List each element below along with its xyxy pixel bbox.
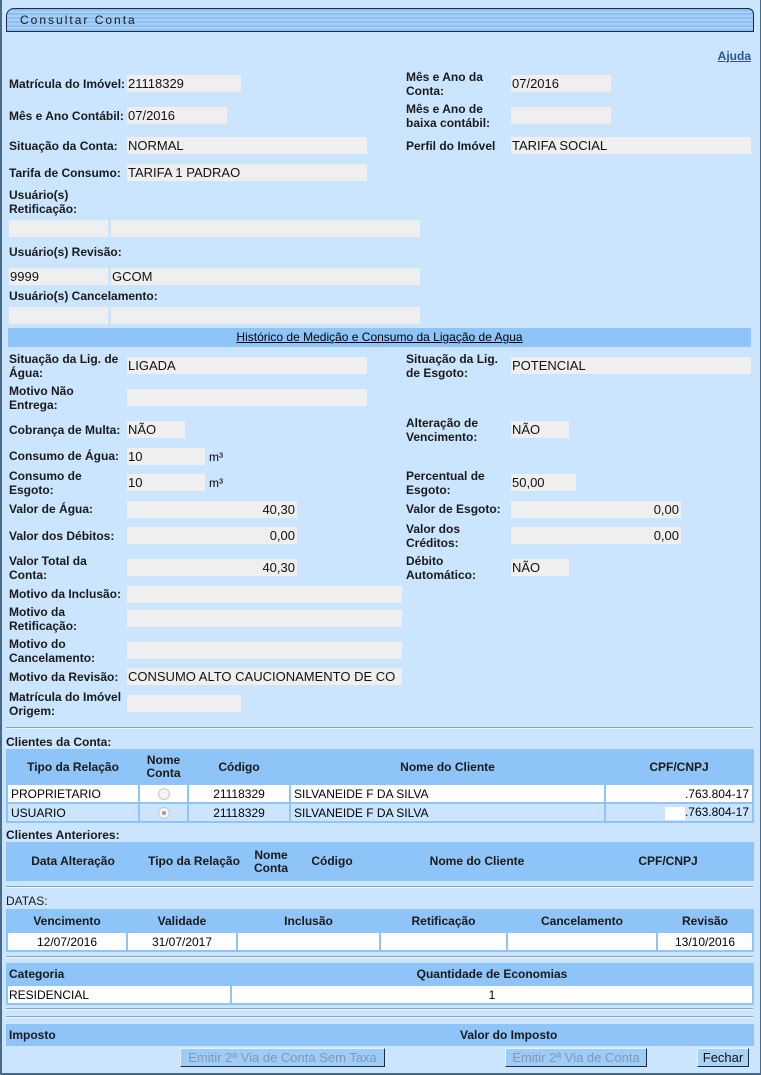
usuarios-cancelamento-label: Usuário(s) Cancelamento:: [9, 289, 158, 303]
matricula-label: Matrícula do Imóvel:: [9, 77, 125, 91]
cell-cancelamento: [508, 933, 656, 950]
tarifa-consumo-label: Tarifa de Consumo:: [9, 166, 121, 180]
emitir-segunda-via-button[interactable]: Emitir 2ª Via de Conta: [505, 1048, 647, 1067]
valor-esgoto-label: Valor de Esgoto:: [406, 502, 501, 516]
clientes-anteriores-table: Data Alteração Tipo da Relação Nome Cont…: [6, 842, 754, 881]
matricula-origem-field: [127, 695, 241, 712]
motivo-revisao-label: Motivo da Revisão:: [9, 670, 118, 684]
usuarios-revisao-label: Usuário(s) Revisão:: [9, 245, 122, 259]
sit-lig-esgoto-label: Situação da Lig. de Esgoto:: [406, 352, 501, 380]
matricula-field: 21118329: [127, 75, 241, 92]
percentual-esgoto-label: Percentual de Esgoto:: [406, 469, 496, 497]
mes-ano-conta-label: Mês e Ano da Conta:: [406, 70, 498, 98]
matricula-origem-label: Matrícula do Imóvel Origem:: [9, 690, 124, 718]
col-cpf-cnpj: CPF/CNPJ: [606, 751, 752, 783]
categoria-table: Categoria Quantidade de Economias RESIDE…: [6, 963, 754, 1005]
cell-tipo: PROPRIETARIO: [8, 785, 138, 802]
col-cancelamento: Cancelamento: [508, 911, 656, 931]
consumo-agua-field: 10: [127, 448, 205, 465]
col-validade: Validade: [128, 911, 236, 931]
cell-nome: SILVANEIDE F DA SILVA: [291, 785, 604, 802]
fechar-button[interactable]: Fechar: [697, 1048, 749, 1067]
usuarios-retificacao-nome: [111, 220, 420, 237]
motivo-inclusao-label: Motivo da Inclusão:: [9, 587, 121, 601]
sit-lig-agua-field: LIGADA: [127, 357, 367, 374]
usuarios-cancelamento-nome: [111, 307, 420, 324]
historico-section-title: Histórico de Medição e Consumo da Ligaçã…: [8, 328, 751, 347]
motivo-retificacao-field: [127, 610, 402, 627]
consumo-esgoto-unit: m³: [209, 476, 223, 490]
table-row: PROPRIETARIO 21118329 SILVANEIDE F DA SI…: [8, 785, 752, 802]
divider: [6, 1008, 753, 1010]
cell-categoria: RESIDENCIAL: [8, 986, 230, 1003]
col-vencimento: Vencimento: [8, 911, 126, 931]
col-retificacao: Retificação: [381, 911, 506, 931]
mes-ano-baixa-field: [511, 107, 611, 124]
valor-debitos-label: Valor dos Débitos:: [9, 529, 114, 543]
perfil-imovel-label: Perfil do Imóvel: [406, 139, 495, 153]
valor-total-field: 40,30: [127, 559, 297, 576]
usuarios-cancelamento-codigo: [9, 307, 108, 324]
clientes-anteriores-heading: Clientes Anteriores:: [6, 828, 120, 842]
situacao-conta-field: NORMAL: [127, 137, 367, 154]
cobranca-multa-field: NÃO: [127, 421, 185, 438]
nome-conta-radio-selected[interactable]: [158, 807, 170, 819]
valor-esgoto-field: 0,00: [511, 501, 681, 518]
motivo-nao-entrega-field: [127, 389, 367, 406]
valor-agua-field: 40,30: [127, 501, 297, 518]
col-quantidade-economias: Quantidade de Economias: [232, 965, 752, 984]
cell-retificacao: [381, 933, 506, 950]
motivo-inclusao-field: [127, 586, 402, 603]
situacao-conta-label: Situação da Conta:: [9, 139, 118, 153]
cell-cpf: .763.804-17: [606, 804, 752, 821]
help-link[interactable]: Ajuda: [718, 49, 751, 63]
valor-debitos-field: 0,00: [127, 527, 297, 544]
cell-tipo: USUARIO: [8, 804, 138, 821]
col-revisao: Revisão: [658, 911, 752, 931]
motivo-revisao-field: CONSUMO ALTO CAUCIONAMENTO DE CO: [127, 668, 402, 685]
mes-ano-conta-field: 07/2016: [511, 75, 611, 92]
motivo-nao-entrega-label: Motivo Não Entrega:: [9, 384, 89, 412]
col-tipo-relacao: Tipo da Relação: [140, 844, 248, 879]
col-cpf-cnpj: CPF/CNPJ: [584, 844, 752, 879]
sit-lig-esgoto-field: POTENCIAL: [511, 357, 751, 374]
perfil-imovel-field: TARIFA SOCIAL: [511, 137, 751, 154]
clientes-heading: Clientes da Conta:: [6, 735, 111, 749]
col-nome-cliente: Nome do Cliente: [291, 751, 604, 783]
valor-creditos-field: 0,00: [511, 527, 681, 544]
window-title-tab: Consultar Conta: [6, 8, 754, 32]
consumo-esgoto-label: Consumo de Esgoto:: [9, 469, 89, 497]
debito-automatico-field: NÃO: [511, 559, 569, 576]
consumo-agua-label: Consumo de Água:: [9, 449, 119, 463]
valor-agua-label: Valor de Água:: [9, 502, 93, 516]
col-codigo: Código: [294, 844, 370, 879]
nome-conta-radio[interactable]: [158, 788, 170, 800]
col-tipo-relacao: Tipo da Relação: [8, 751, 138, 783]
usuarios-retificacao-label: Usuário(s) Retificação:: [9, 188, 89, 216]
col-inclusao: Inclusão: [238, 911, 379, 931]
tarifa-consumo-field: TARIFA 1 PADRAO: [127, 164, 367, 181]
col-categoria: Categoria: [8, 965, 230, 984]
cell-inclusao: [238, 933, 379, 950]
divider: [6, 956, 753, 958]
clientes-table: Tipo da Relação Nome Conta Código Nome d…: [6, 749, 754, 823]
consumo-agua-unit: m³: [209, 450, 223, 464]
col-data-alteracao: Data Alteração: [8, 844, 138, 879]
percentual-esgoto-field: 50,00: [511, 474, 576, 491]
divider: [6, 886, 753, 888]
col-codigo: Código: [189, 751, 289, 783]
cell-quantidade: 1: [232, 986, 752, 1003]
motivo-retificacao-label: Motivo da Retificação:: [9, 605, 89, 633]
divider: [6, 727, 753, 729]
cell-vencimento: 12/07/2016: [8, 933, 126, 950]
cell-validade: 31/07/2017: [128, 933, 236, 950]
divider: [6, 1016, 753, 1018]
cell-codigo: 21118329: [189, 804, 289, 821]
mes-ano-contabil-field: 07/2016: [127, 107, 227, 124]
datas-heading: DATAS:: [6, 894, 48, 908]
col-nome-cliente: Nome do Cliente: [372, 844, 582, 879]
valor-total-label: Valor Total da Conta:: [9, 554, 99, 582]
motivo-cancelamento-field: [127, 642, 402, 659]
usuarios-revisao-codigo: 9999: [9, 268, 108, 285]
valor-creditos-label: Valor dos Créditos:: [406, 522, 476, 550]
alteracao-vencimento-label: Alteração de Vencimento:: [406, 416, 491, 444]
cell-cpf: .763.804-17: [606, 785, 752, 802]
debito-automatico-label: Débito Automático:: [406, 554, 486, 582]
motivo-cancelamento-label: Motivo do Cancelamento:: [9, 637, 99, 665]
table-row: USUARIO 21118329 SILVANEIDE F DA SILVA .…: [8, 804, 752, 821]
emitir-segunda-via-sem-taxa-button[interactable]: Emitir 2ª Via de Conta Sem Taxa: [180, 1048, 385, 1067]
col-valor-imposto: Valor do Imposto: [310, 1026, 752, 1044]
usuarios-retificacao-codigo: [9, 220, 108, 237]
cell-codigo: 21118329: [189, 785, 289, 802]
cobranca-multa-label: Cobrança de Multa:: [9, 423, 120, 437]
table-row: 12/07/2016 31/07/2017 13/10/2016: [8, 933, 752, 950]
mes-ano-baixa-label: Mês e Ano de baixa contábil:: [406, 102, 501, 130]
cell-nome: SILVANEIDE F DA SILVA: [291, 804, 604, 821]
alteracao-vencimento-field: NÃO: [511, 421, 569, 438]
sit-lig-agua-label: Situação da Lig. de Água:: [9, 352, 124, 380]
imposto-table: Imposto Valor do Imposto: [6, 1024, 754, 1046]
col-nome-conta: Nome Conta: [140, 751, 187, 783]
usuarios-revisao-nome: GCOM: [111, 268, 420, 285]
consumo-esgoto-field: 10: [127, 474, 205, 491]
datas-table: Vencimento Validade Inclusão Retificação…: [6, 909, 754, 952]
col-nome-conta: Nome Conta: [250, 844, 292, 879]
col-imposto: Imposto: [8, 1026, 308, 1044]
window-title: Consultar Conta: [20, 13, 137, 27]
cell-revisao: 13/10/2016: [658, 933, 752, 950]
mes-ano-contabil-label: Mês e Ano Contábil:: [9, 109, 124, 123]
table-row: RESIDENCIAL 1: [8, 986, 752, 1003]
